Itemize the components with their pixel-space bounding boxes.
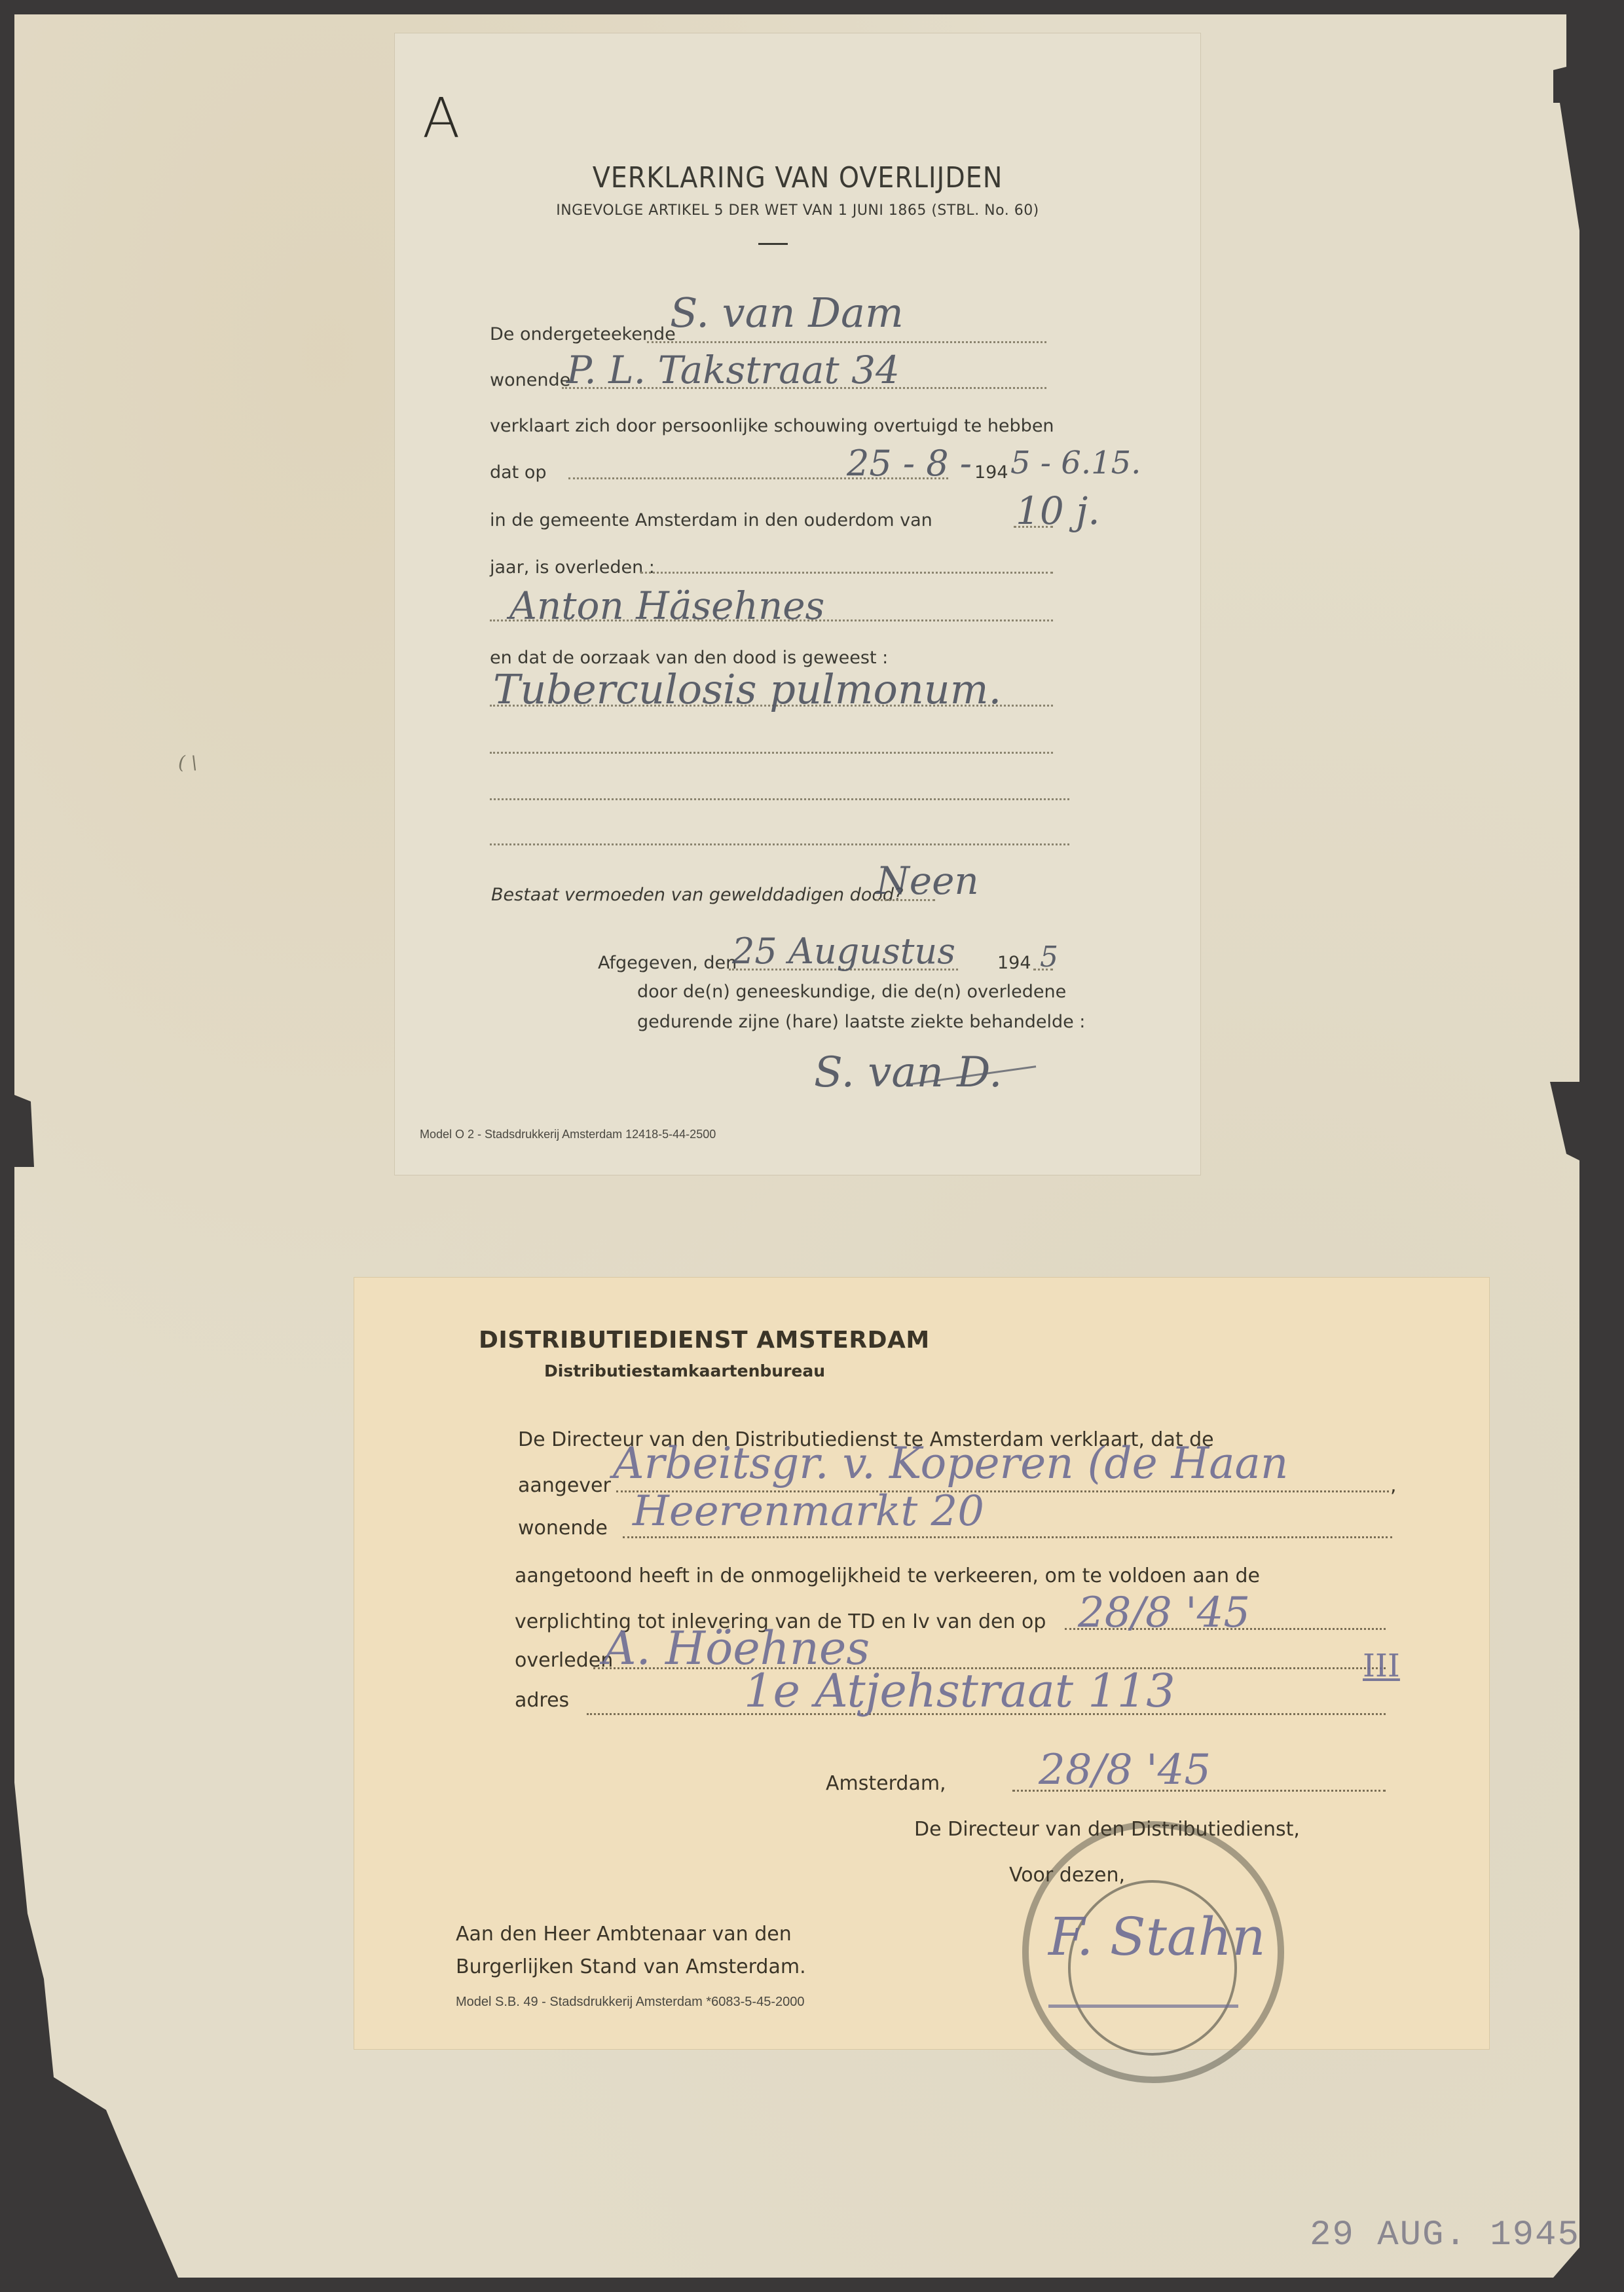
- distribution-card: DISTRIBUTIEDIENST AMSTERDAM Distributies…: [354, 1277, 1490, 2050]
- physician-line-1: door de(n) geneeskundige, die de(n) over…: [637, 982, 1066, 1002]
- behalf-line: Voor dezen,: [1009, 1864, 1125, 1887]
- place-label: Amsterdam,: [826, 1772, 946, 1795]
- year-time-handwriting: 5 - 6.15.: [1010, 445, 1141, 481]
- form-subtitle: INGEVOLGE ARTIKEL 5 DER WET VAN 1 JUNI 1…: [395, 202, 1200, 219]
- margin-pencil-mark: ( \: [178, 752, 197, 773]
- date-handwriting: 25 - 8 -: [847, 443, 972, 484]
- municipality-label: in de gemeente Amsterdam in den ouderdom…: [490, 510, 932, 530]
- violence-handwriting: Neen: [876, 859, 979, 903]
- cause-field-line-2: [490, 752, 1053, 754]
- date-label: dat op: [490, 462, 547, 483]
- issued-year-line: [1033, 969, 1053, 970]
- physician-line-2: gedurende zijne (hare) laatste ziekte be…: [637, 1012, 1085, 1032]
- address-floor: III: [1363, 1648, 1400, 1684]
- recipient-line-2: Burgerlijken Stand van Amsterdam.: [456, 1955, 806, 1978]
- card-subheading: Distributiestamkaartenbureau: [544, 1361, 825, 1380]
- residing-handwriting: P. L. Takstraat 34: [566, 348, 900, 392]
- issued-label: Afgegeven, den: [598, 953, 737, 973]
- form-title: VERKLARING VAN OVERLIJDEN: [395, 161, 1200, 194]
- declarant-comma: ,: [1390, 1474, 1397, 1497]
- declarant-handwriting: Arbeitsgr. v. Koperen (de Haan: [613, 1438, 1288, 1488]
- card-residing-field-line: [623, 1536, 1392, 1538]
- cause-field-line-4: [490, 843, 1069, 845]
- address-handwriting: 1e Atjehstraat 113: [744, 1664, 1175, 1718]
- director-signature: F. Stahn: [1048, 1906, 1266, 1967]
- cause-field-line-3: [490, 798, 1069, 800]
- card-residing-label: wonende: [518, 1517, 608, 1540]
- receipt-date-stamp: 29 AUG. 1945: [1310, 2215, 1580, 2255]
- obligation-date-handwriting: 28/8 '45: [1078, 1589, 1250, 1637]
- declarant-label: aangever: [518, 1474, 611, 1497]
- deceased-field-line-1: [640, 572, 1053, 574]
- shown-text: aangetoond heeft in de onmogelijkheid te…: [515, 1564, 1260, 1587]
- issued-year-prefix: 194: [997, 953, 1031, 973]
- title-rule: [758, 243, 788, 245]
- statement-text: verklaart zich door persoonlijke schouwi…: [490, 416, 1054, 436]
- director-line: De Directeur van den Distributiedienst,: [914, 1818, 1300, 1841]
- issued-date-handwriting: 25 Augustus: [732, 931, 955, 972]
- cause-handwriting: Tuberculosis pulmonum.: [493, 665, 1001, 713]
- recipient-line-1: Aan den Heer Ambtenaar van den: [456, 1923, 792, 1946]
- form-letter: A: [422, 86, 460, 150]
- deceased-label: jaar, is overleden :: [490, 557, 655, 578]
- death-declaration-form: A VERKLARING VAN OVERLIJDEN INGEVOLGE AR…: [394, 33, 1201, 1175]
- year-prefix: 194: [974, 462, 1008, 483]
- age-handwriting: 10 j.: [1016, 489, 1100, 533]
- card-footer: Model S.B. 49 - Stadsdrukkerij Amsterdam…: [456, 1995, 805, 2010]
- address-label: adres: [515, 1689, 569, 1712]
- deceased-handwriting: Anton Häsehnes: [509, 583, 824, 628]
- undersigned-handwriting: S. van Dam: [670, 289, 904, 337]
- place-date-handwriting: 28/8 '45: [1039, 1746, 1211, 1794]
- form-footer: Model O 2 - Stadsdrukkerij Amsterdam 124…: [420, 1128, 716, 1141]
- violence-question: Bestaat vermoeden van gewelddadigen dood…: [491, 885, 903, 905]
- physician-signature: S. van D.: [814, 1048, 1003, 1097]
- card-heading: DISTRIBUTIEDIENST AMSTERDAM: [479, 1327, 930, 1354]
- residing-label: wonende: [490, 370, 570, 390]
- card-residing-handwriting: Heerenmarkt 20: [633, 1487, 984, 1536]
- undersigned-field-line: [647, 341, 1046, 343]
- director-signature-underline: [1048, 2005, 1238, 2008]
